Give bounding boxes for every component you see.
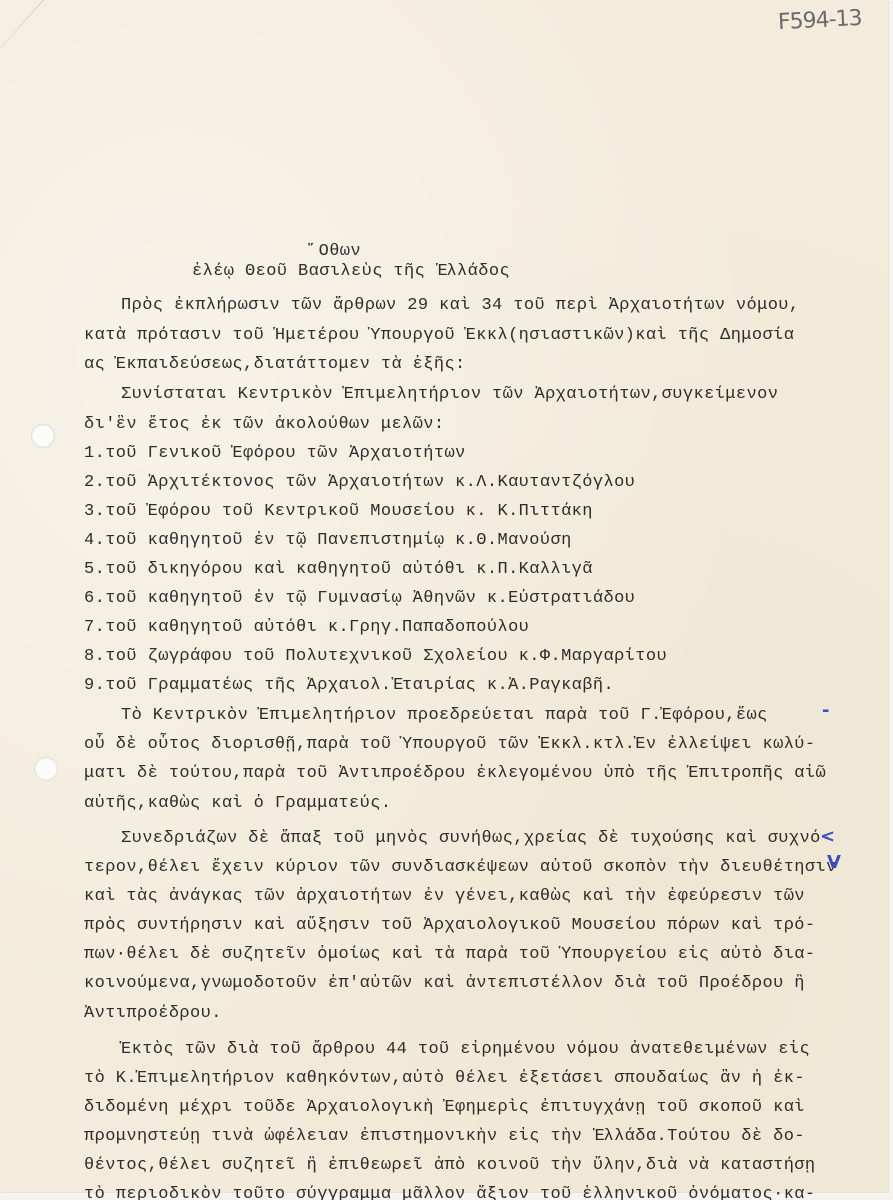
archive-reference-mark: F594-13 [777,6,862,35]
text-line: ματι δὲ τούτου,παρὰ τοῦ Ἀντιπροέδρου ἐκλ… [84,764,826,783]
blue-ink-caret-mark: < [820,826,835,847]
blue-ink-dash-mark: - [822,700,829,721]
text-line: καὶ τὰς ἀνάγκας τῶν ἀρχαιοτήτων ἐν γένει… [84,887,805,906]
text-line: οὗ δὲ οὗτος διορισθῇ,παρὰ τοῦ Ὑπουργοῦ τ… [84,735,816,754]
text-line: δι'ἓν ἔτος ἐκ τῶν ἀκολούθων μελῶν: [84,415,444,434]
heading-name: ῞Οθων [308,242,361,261]
member-list-item: 3.τοῦ Ἐφόρου τοῦ Κεντρικοῦ Μουσείου κ. Κ… [84,502,593,521]
text-line: θέντος,θέλει συζητεῖ ἢ ἐπιθεωρεῖ ἀπὸ κοι… [84,1156,816,1175]
member-list-item: 2.τοῦ Ἀρχιτέκτονος τῶν Ἀρχαιοτήτων κ.Λ.Κ… [84,473,635,492]
heading-title: ἐλέῳ Θεοῦ Βασιλεὺς τῆς Ἑλλάδος [192,262,510,281]
text-line: πων·θέλει δὲ συζητεῖν ὁμοίως καὶ τὰ παρὰ… [84,945,816,964]
document-page: F594-13 ῞Οθων ἐλέῳ Θεοῦ Βασιλεὺς τῆς Ἑλλ… [0,0,888,1192]
member-list-item: 6.τοῦ καθηγητοῦ ἐν τῷ Γυμνασίῳ Ἀθηνῶν κ.… [84,589,635,608]
text-line: αὐτῆς,καθὼς καὶ ὁ Γραμματεύς. [84,794,391,813]
text-line: κατὰ πρότασιν τοῦ Ἡμετέρου Ὑπουργοῦ Ἐκκλ… [84,326,794,345]
text-line: Ἀντιπροέδρου. [84,1004,222,1023]
text-line: Τὸ Κεντρικὸν Ἐπιμελητήριον προεδρεύεται … [121,706,768,725]
text-line: τὸ περιοδικὸν τοῦτο σύγγραμμα μᾶλλον ἄξι… [84,1185,816,1200]
text-line: πρὸς συντήρησιν καὶ αὔξησιν τοῦ Ἀρχαιολο… [84,916,816,935]
member-list-item: 1.τοῦ Γενικοῦ Ἐφόρου τῶν Ἀρχαιοτήτων [84,444,466,463]
text-line: Ἐκτὸς τῶν διὰ τοῦ ἄρθρου 44 τοῦ εἰρημένο… [121,1040,810,1059]
text-line: διδομένη μέχρι τοῦδε Ἀρχαιολογικὴ Ἐφημερ… [84,1098,805,1117]
member-list-item: 9.τοῦ Γραμματέως τῆς Ἀρχαιολ.Ἑταιρίας κ.… [84,676,614,695]
paper-fold-crease [0,0,108,71]
member-list-item: 8.τοῦ ζωγράφου τοῦ Πολυτεχνικοῦ Σχολείου… [84,647,667,666]
member-list-item: 4.τοῦ καθηγητοῦ ἐν τῷ Πανεπιστημίῳ κ.Θ.Μ… [84,531,572,550]
punch-hole-bottom [34,757,58,781]
text-line: Συνίσταται Κεντρικὸν Ἐπιμελητήριον τῶν Ἀ… [121,385,778,404]
text-line: προμνηστεύῃ τινὰ ὠφέλειαν ἐπιστημονικὴν … [84,1127,805,1146]
text-line: ας Ἐκπαιδεύσεως,διατάττομεν τὰ ἑξῆς: [84,355,466,374]
member-list-item: 7.τοῦ καθηγητοῦ αὐτόθι κ.Γρηγ.Παπαδοπούλ… [84,618,529,637]
member-list-item: 5.τοῦ δικηγόρου καὶ καθηγητοῦ αὐτόθι κ.Π… [84,560,593,579]
text-line: κοινούμενα,γνωμοδοτοῦν ἐπ'αὐτῶν καὶ ἀντε… [84,974,805,993]
text-line: Συνεδριάζων δὲ ἅπαξ τοῦ μηνὸς συνήθως,χρ… [121,829,831,848]
text-line: Πρὸς ἐκπλήρωσιν τῶν ἄρθρων 29 καὶ 34 τοῦ… [121,296,800,315]
text-line: τερον,θέλει ἔχειν κύριον τῶν συνδιασκέψε… [84,858,837,877]
blue-ink-check-mark: V [827,852,841,873]
punch-hole-top [31,424,55,448]
text-line: τὸ Κ.Ἐπιμελητήριον καθηκόντων,αὐτὸ θέλει… [84,1069,805,1088]
